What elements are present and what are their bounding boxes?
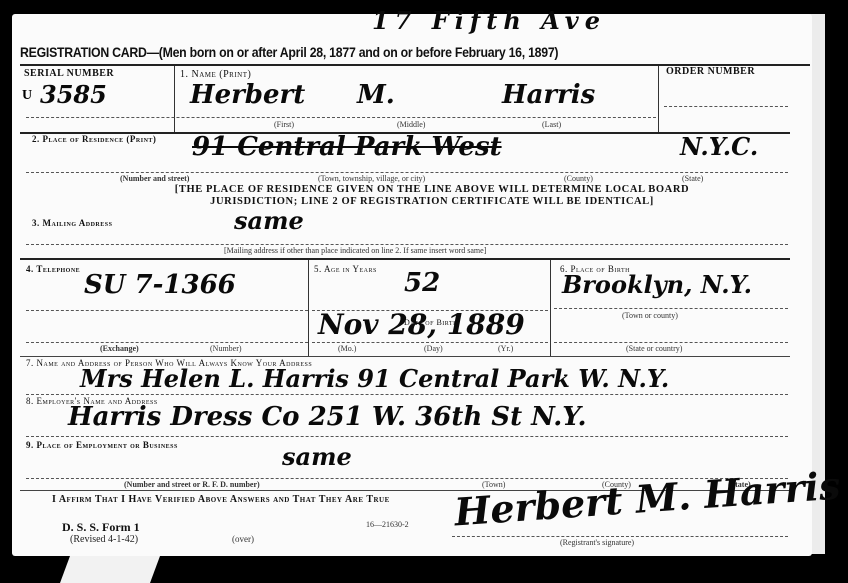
contact-person-value: Mrs Helen L. Harris 91 Central Park W. N… <box>80 364 669 393</box>
divider <box>26 394 788 395</box>
residence-street-value: 91 Central Park West <box>192 132 502 162</box>
mailing-address-note: [Mailing address if other than place ind… <box>224 246 486 255</box>
place-of-birth-value: Brooklyn, N.Y. <box>562 270 752 299</box>
age-value: 52 <box>404 268 440 298</box>
form-revised: (Revised 4-1-42) <box>70 534 138 545</box>
divider <box>664 106 788 107</box>
top-annotation: 17 Fifth Ave <box>372 6 606 35</box>
signature-label: (Registrant's signature) <box>560 538 634 547</box>
divider <box>554 342 788 343</box>
place-of-employment-label: 9. Place of Employment or Business <box>26 440 178 450</box>
name-first-sublabel: (First) <box>274 120 294 129</box>
divider <box>174 66 175 134</box>
telephone-exchange-sublabel: (Exchange) <box>100 344 139 353</box>
residence-label: 2. Place of Residence (Print) <box>32 134 156 144</box>
divider <box>312 342 548 343</box>
notice-line-2: JURISDICTION; LINE 2 OF REGISTRATION CER… <box>112 196 752 208</box>
affirmation-text: I Affirm That I Have Verified Above Answ… <box>52 494 390 505</box>
serial-number-label: SERIAL NUMBER <box>24 68 114 79</box>
name-middle-value: M. <box>357 80 395 110</box>
divider <box>554 308 788 309</box>
dob-year-sublabel: (Yr.) <box>498 344 513 353</box>
over-note: (over) <box>232 534 254 544</box>
residence-town-sublabel: (Town, township, village, or city) <box>318 174 425 183</box>
residence-county-sublabel: (County) <box>564 174 593 183</box>
divider <box>20 356 790 357</box>
card-title: REGISTRATION CARD—(Men born on or after … <box>20 44 558 60</box>
divider <box>26 244 788 245</box>
background-paper-corner <box>60 556 160 583</box>
name-label: 1. Name (Print) <box>180 69 251 80</box>
divider <box>26 342 308 343</box>
place-of-employment-value: same <box>282 442 352 471</box>
residence-street-sublabel: (Number and street) <box>120 174 189 183</box>
residence-state-value: N.Y.C. <box>680 132 758 161</box>
date-of-birth-value: Nov 28, 1889 <box>318 308 525 341</box>
place-of-birth-town-sublabel: (Town or county) <box>622 311 678 320</box>
divider <box>308 260 309 356</box>
divider <box>658 66 659 134</box>
telephone-number-sublabel: (Number) <box>210 344 242 353</box>
name-middle-sublabel: (Middle) <box>397 120 425 129</box>
dob-month-sublabel: (Mo.) <box>338 344 356 353</box>
divider <box>550 260 551 356</box>
signature-line <box>452 536 788 537</box>
name-last-sublabel: (Last) <box>542 120 561 129</box>
telephone-value: SU 7-1366 <box>84 270 236 300</box>
order-number-label: ORDER NUMBER <box>666 66 755 77</box>
age-label: 5. Age in Years <box>314 264 377 274</box>
registration-card: 17 Fifth Ave REGISTRATION CARD—(Men born… <box>12 14 812 556</box>
divider <box>26 117 656 118</box>
divider <box>20 258 790 260</box>
serial-number-value: 3585 <box>40 80 107 109</box>
divider <box>26 310 308 311</box>
residence-state-sublabel: (State) <box>682 174 703 183</box>
name-last-value: Harris <box>502 80 595 110</box>
place-of-birth-state-sublabel: (State or country) <box>626 344 682 353</box>
mailing-address-value: same <box>234 206 304 235</box>
divider <box>26 436 788 437</box>
employment-street-sublabel: (Number and street or R. F. D. number) <box>124 480 260 489</box>
divider <box>26 172 788 173</box>
dob-day-sublabel: (Day) <box>424 344 443 353</box>
registrant-signature: Herbert M. Harris <box>453 463 842 535</box>
print-code: 16—21630-2 <box>366 520 409 529</box>
notice-line-1: [THE PLACE OF RESIDENCE GIVEN ON THE LIN… <box>112 184 752 196</box>
mailing-address-label: 3. Mailing Address <box>32 218 112 228</box>
name-first-value: Herbert <box>190 80 305 110</box>
employer-value: Harris Dress Co 251 W. 36th St N.Y. <box>68 402 587 432</box>
serial-prefix: U <box>22 88 32 104</box>
residence-notice: [THE PLACE OF RESIDENCE GIVEN ON THE LIN… <box>112 184 752 208</box>
telephone-label: 4. Telephone <box>26 264 80 274</box>
form-id: D. S. S. Form 1 <box>62 520 140 535</box>
